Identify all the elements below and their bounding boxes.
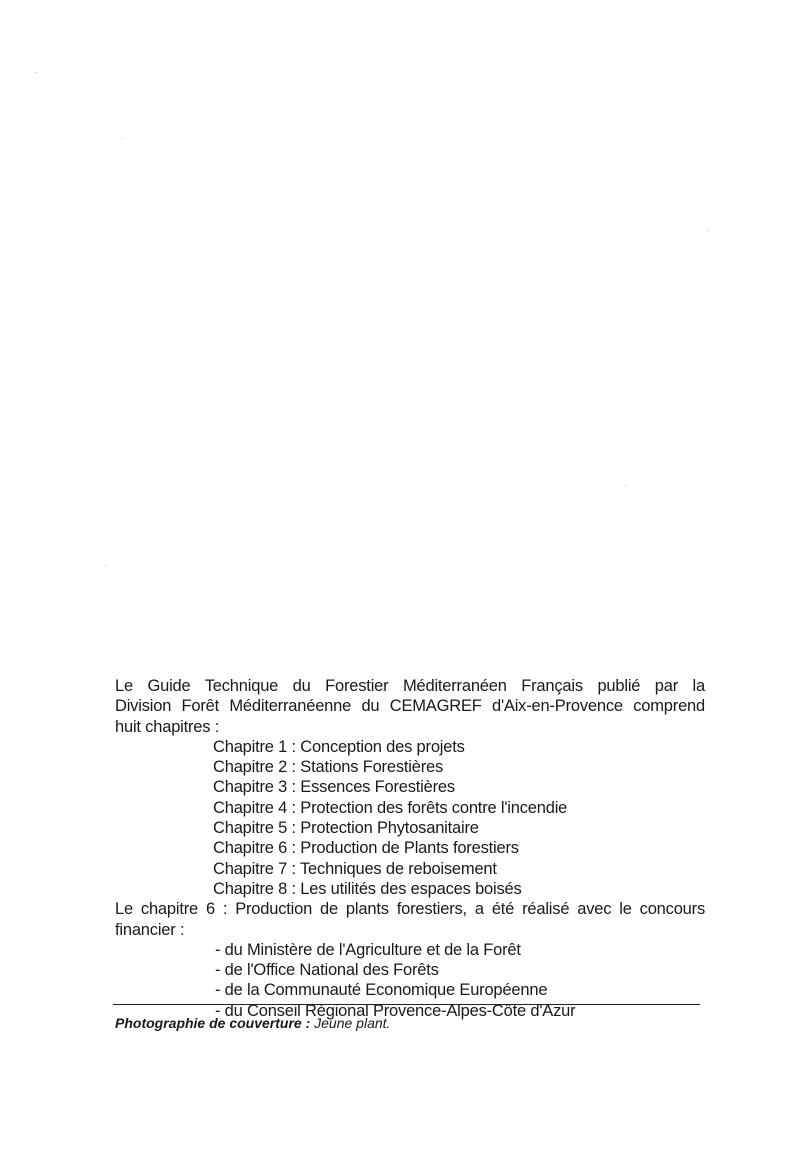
chapter-title: Production de Plants forestiers	[300, 839, 519, 857]
funding-paragraph: Le chapitre 6 : Production de plants for…	[115, 899, 705, 940]
sponsor-list: - du Ministère de l'Agriculture et de la…	[115, 940, 705, 1021]
chapter-item: Chapitre 6 : Production de Plants forest…	[213, 838, 705, 858]
funding-line: financier :	[115, 920, 705, 940]
funding-line: Le chapitre 6 : Production de plants for…	[115, 899, 705, 919]
chapter-label: Chapitre 7 :	[213, 860, 296, 878]
caption-label: Photographie de couverture :	[115, 1015, 310, 1031]
chapter-item: Chapitre 8 : Les utilités des espaces bo…	[213, 879, 705, 899]
intro-paragraph: Le Guide Technique du Forestier Méditerr…	[115, 676, 705, 737]
chapter-title: Protection Phytosanitaire	[300, 819, 478, 837]
chapter-label: Chapitre 4 :	[213, 799, 296, 817]
sponsor-item: - de l'Office National des Forêts	[215, 960, 705, 980]
chapter-list: Chapitre 1 : Conception des projets Chap…	[115, 737, 705, 899]
chapter-title: Stations Forestières	[300, 758, 443, 776]
colophon-block: Le Guide Technique du Forestier Méditerr…	[115, 676, 705, 1021]
chapter-item: Chapitre 5 : Protection Phytosanitaire	[213, 818, 705, 838]
intro-line: Division Forêt Méditerranéenne du CEMAGR…	[115, 696, 705, 716]
chapter-label: Chapitre 2 :	[213, 758, 296, 776]
chapter-title: Conception des projets	[300, 738, 464, 756]
chapter-label: Chapitre 1 :	[213, 738, 296, 756]
chapter-label: Chapitre 8 :	[213, 880, 296, 898]
chapter-label: Chapitre 5 :	[213, 819, 296, 837]
caption-text: Jeune plant.	[310, 1015, 390, 1031]
scan-speck	[625, 485, 626, 486]
chapter-label: Chapitre 3 :	[213, 778, 296, 796]
intro-line: Le Guide Technique du Forestier Méditerr…	[115, 676, 705, 696]
chapter-item: Chapitre 1 : Conception des projets	[213, 737, 705, 757]
chapter-item: Chapitre 2 : Stations Forestières	[213, 757, 705, 777]
scan-speck	[707, 230, 708, 231]
chapter-item: Chapitre 3 : Essences Forestières	[213, 777, 705, 797]
scan-speck	[105, 565, 106, 566]
chapter-title: Protection des forêts contre l'incendie	[300, 799, 567, 817]
chapter-title: Essences Forestières	[300, 778, 455, 796]
chapter-item: Chapitre 7 : Techniques de reboisement	[213, 859, 705, 879]
cover-photo-caption: Photographie de couverture : Jeune plant…	[115, 1015, 390, 1031]
chapter-label: Chapitre 6 :	[213, 839, 296, 857]
sponsor-item: - du Ministère de l'Agriculture et de la…	[215, 940, 705, 960]
chapter-title: Techniques de reboisement	[300, 860, 497, 878]
scan-speck	[122, 138, 123, 139]
chapter-title: Les utilités des espaces boisés	[300, 880, 521, 898]
intro-line: huit chapitres :	[115, 717, 705, 737]
scan-speck	[35, 72, 36, 73]
chapter-item: Chapitre 4 : Protection des forêts contr…	[213, 798, 705, 818]
horizontal-rule	[113, 1004, 700, 1005]
document-page: Le Guide Technique du Forestier Méditerr…	[0, 0, 800, 1162]
sponsor-item: - de la Communauté Economique Européenne	[215, 980, 705, 1000]
